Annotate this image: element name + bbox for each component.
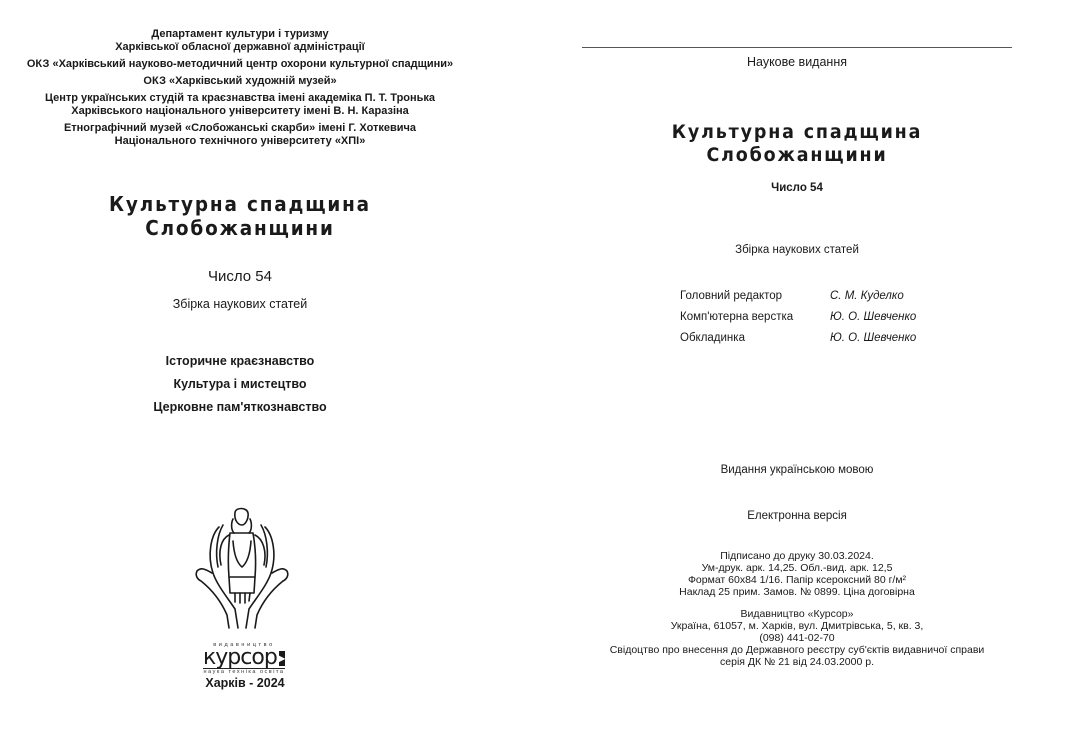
book-title-line2: Слобожанщини (613, 144, 981, 167)
org-line: Департамент культури і туризму (0, 28, 480, 41)
version-note: Електронна версія (647, 510, 947, 522)
book-title-line1: Культурна спадщина (613, 121, 981, 144)
credit-role: Головний редактор (680, 290, 830, 302)
publisher-info-line: (098) 441-02-70 (562, 632, 1032, 644)
print-info-line: Наклад 25 прим. Замов. № 0899. Ціна дого… (572, 586, 1022, 598)
section-item: Історичне краєзнавство (120, 354, 360, 368)
org-line: Харківського національного університету … (0, 105, 480, 118)
arrow-right-icon: ▸ (279, 651, 285, 666)
credit-name: Ю. О. Шевченко (830, 332, 916, 344)
section-item: Культура і мистецтво (120, 377, 360, 391)
org-line: Національного технічного університету «Х… (0, 135, 480, 148)
print-info-line: Ум-друк. арк. 14,25. Обл.-вид. арк. 12,5 (572, 562, 1022, 574)
title-page: Департамент культури і туризму Харківськ… (0, 0, 540, 741)
issue-number: Число 54 (140, 268, 340, 285)
collection-label: Збірка наукових статей (667, 244, 927, 256)
imprint-page: Наукове видання Культурна спадщина Слобо… (540, 0, 1079, 741)
logo-tagline-bottom: наука техніка освіта (203, 669, 285, 676)
credit-name: С. М. Куделко (830, 290, 904, 302)
section-item: Церковне пам'яткознавство (120, 400, 360, 414)
org-line: ОКЗ «Харківський художній музей» (0, 75, 480, 88)
collection-label: Збірка наукових статей (140, 297, 340, 311)
org-line: Харківської обласної державної адміністр… (0, 41, 480, 54)
book-title-line1: Культурна спадщина (56, 192, 424, 216)
credit-row: Комп'ютерна верстка Ю. О. Шевченко (680, 306, 916, 327)
credits-table: Головний редактор С. М. Куделко Комп'юте… (680, 285, 916, 348)
city-year: Харків - 2024 (190, 676, 300, 690)
credit-role: Обкладинка (680, 332, 830, 344)
publisher-info-line: Свідоцтво про внесення до Державного реє… (562, 644, 1032, 656)
print-info-line: Формат 60х84 1/16. Папір ксероксний 80 г… (572, 574, 1022, 586)
publisher-info-line: Україна, 61057, м. Харків, вул. Дмитрівс… (562, 620, 1032, 632)
credit-row: Обкладинка Ю. О. Шевченко (680, 327, 916, 348)
print-info-line: Підписано до друку 30.03.2024. (572, 550, 1022, 562)
org-line: Центр українських студій та краєзнавства… (0, 92, 480, 105)
language-note: Видання українською мовою (647, 464, 947, 476)
publisher-logo: видавництво курсор ▸ наука техніка освіт… (203, 642, 285, 676)
credit-role: Комп'ютерна верстка (680, 311, 830, 323)
publisher-info-line: серія ДК № 21 від 24.03.2000 р. (562, 656, 1032, 668)
issue-number: Число 54 (697, 182, 897, 194)
hands-holding-figure-icon (185, 505, 300, 630)
org-line: Етнографічний музей «Слобожанські скарби… (0, 122, 480, 135)
book-title-line2: Слобожанщини (56, 216, 424, 240)
publisher-info-line: Видавництво «Курсор» (562, 608, 1032, 620)
logo-wordmark: курсор (203, 648, 277, 668)
top-divider (582, 47, 1012, 48)
credit-name: Ю. О. Шевченко (830, 311, 916, 323)
org-line: ОКЗ «Харківський науково-методичний цент… (0, 58, 480, 71)
credit-row: Головний редактор С. М. Куделко (680, 285, 916, 306)
publication-type: Наукове видання (647, 55, 947, 69)
